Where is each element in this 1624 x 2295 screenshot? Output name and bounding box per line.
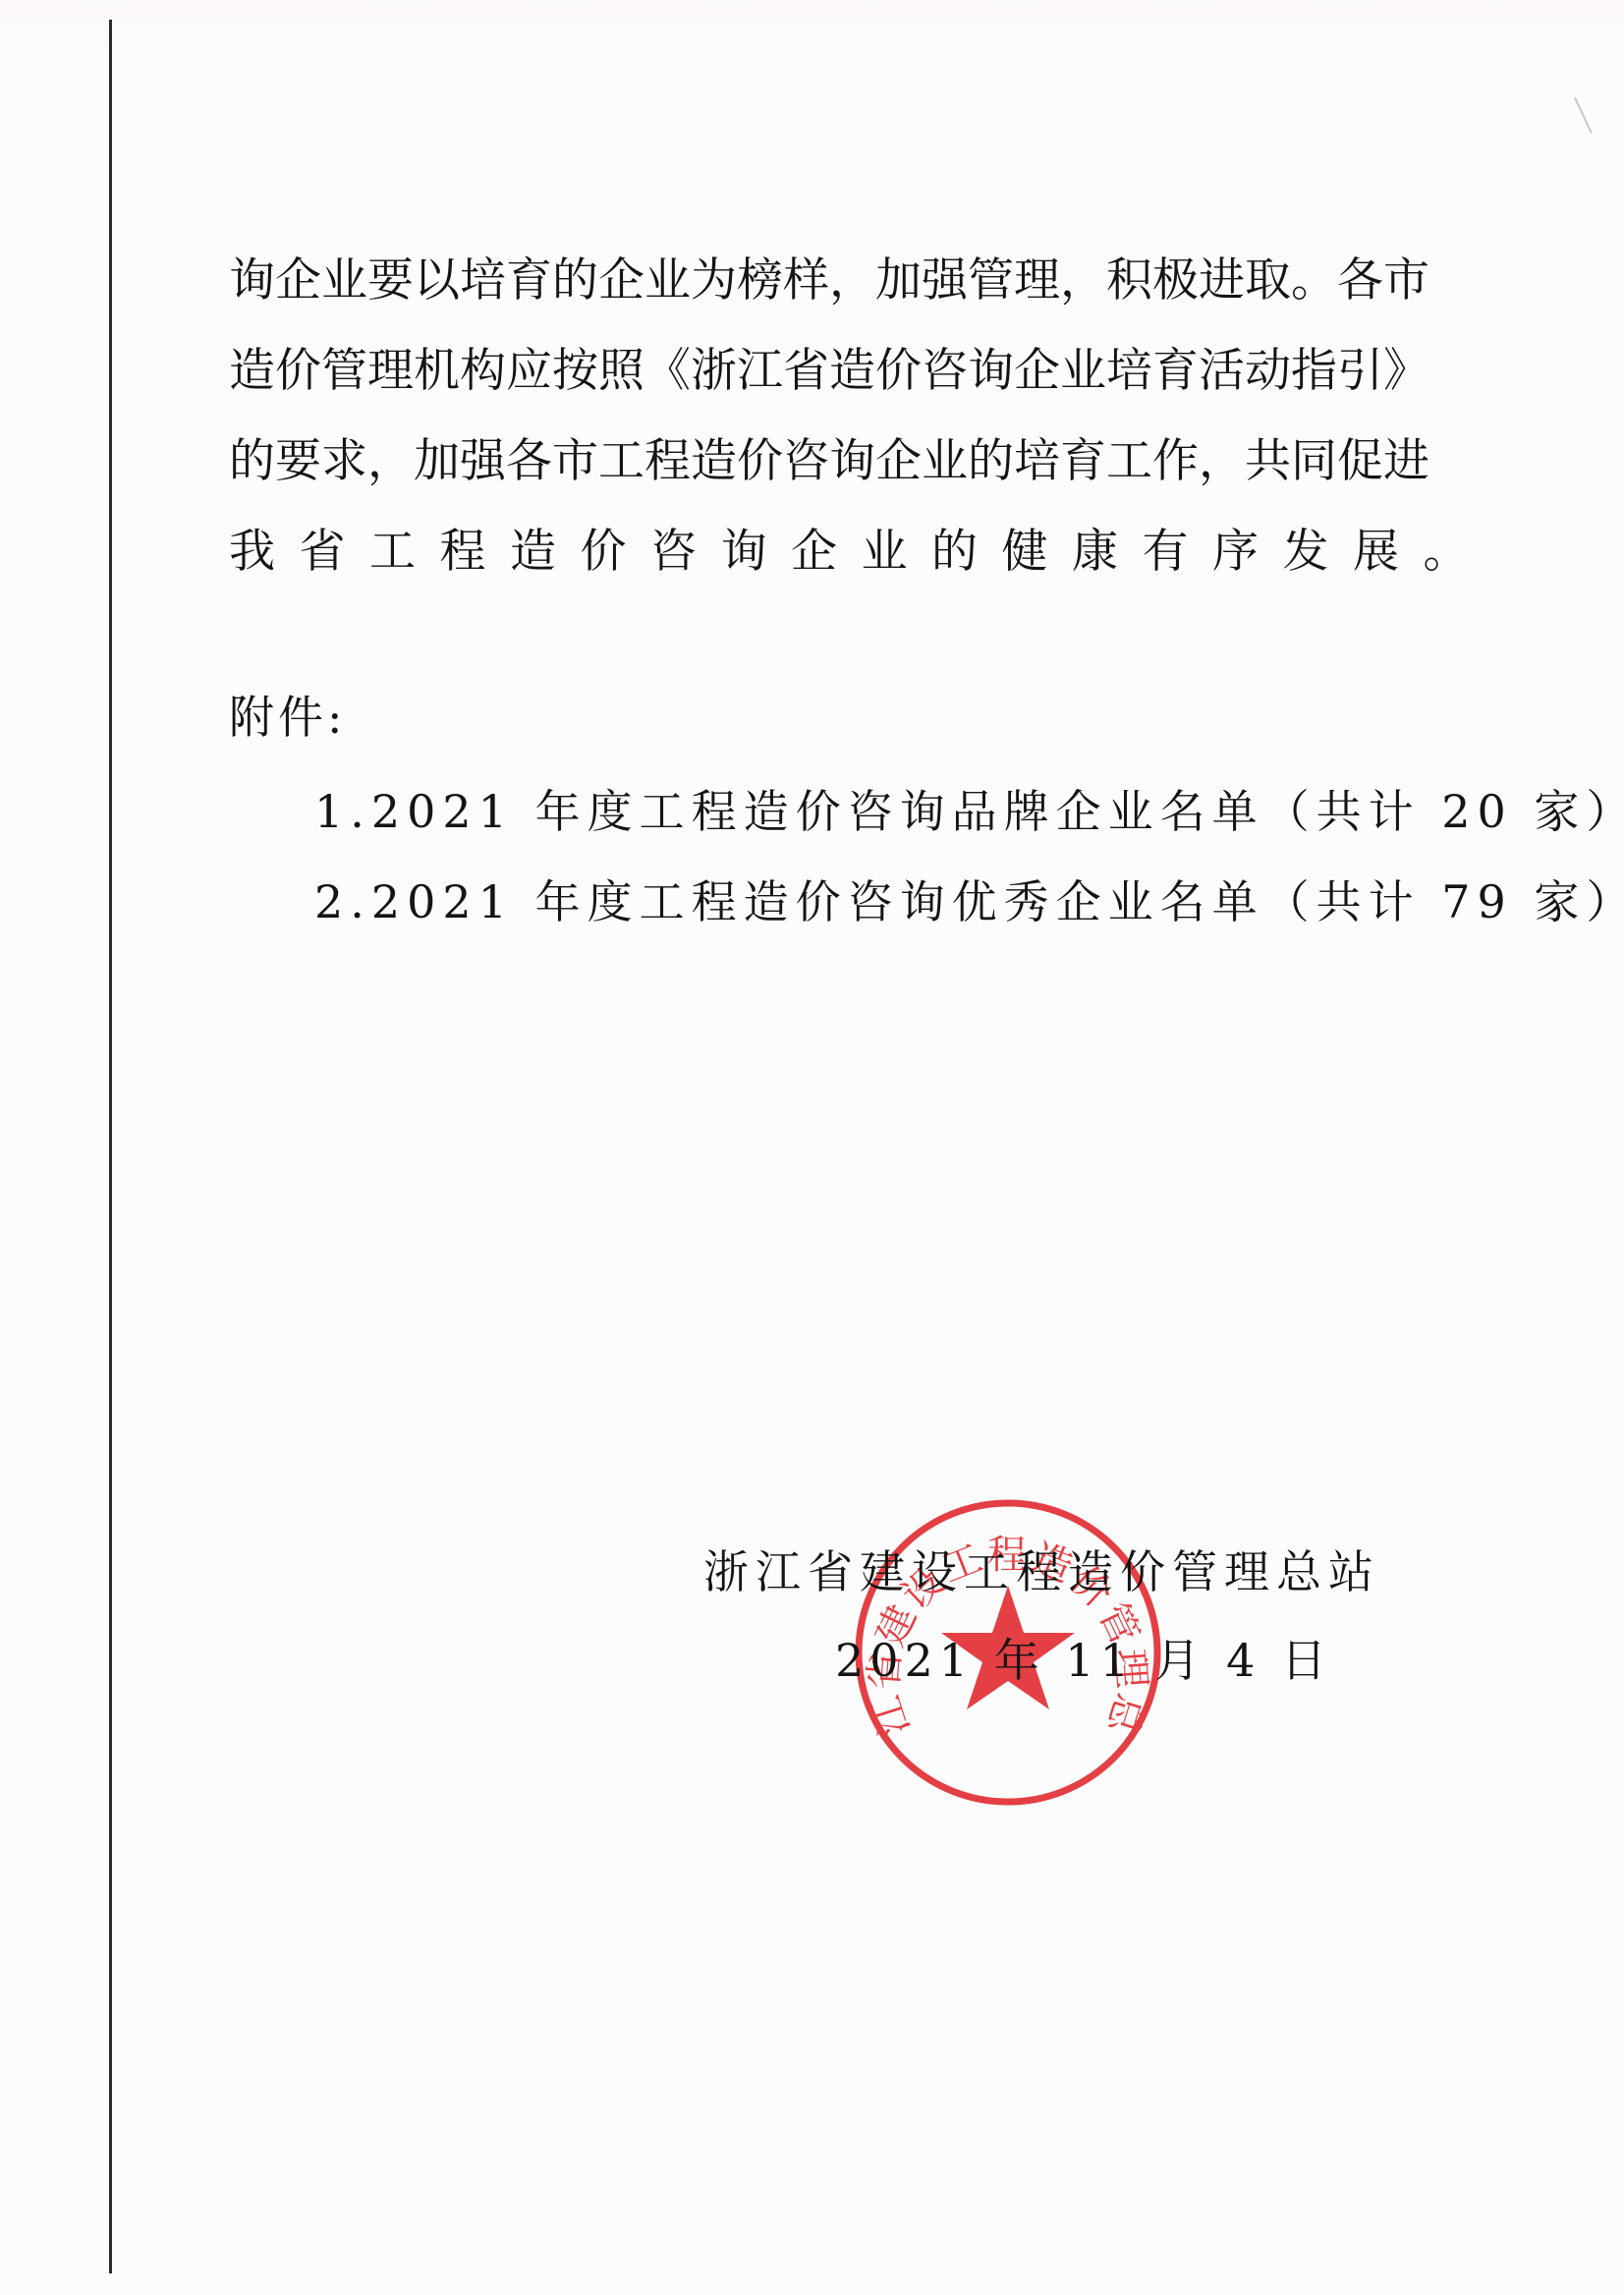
attachments-label: 附件: <box>229 678 347 756</box>
issuing-organization: 浙江省建设工程造价管理总站 <box>703 1533 1380 1611</box>
body-line: 的要求，加强各市工程造价咨询企业的培育工作，共同促进 <box>229 417 1371 507</box>
body-paragraph: 询企业要以培育的企业为榜样，加强管理，积极进取。各市 造价管理机构应按照《浙江省… <box>229 236 1371 597</box>
document-page: 询企业要以培育的企业为榜样，加强管理，积极进取。各市 造价管理机构应按照《浙江省… <box>0 0 1624 2295</box>
body-line: 我省工程造价咨询企业的健康有序发展。 <box>229 507 1371 597</box>
attachments-list: 1.2021 年度工程造价咨询品牌企业名单（共计 20 家） 2.2021 年度… <box>314 766 1624 947</box>
binding-margin-line <box>109 20 112 2273</box>
body-line: 造价管理机构应按照《浙江省造价咨询企业培育活动指引》 <box>229 326 1371 417</box>
scan-artifact <box>1563 97 1593 139</box>
body-line: 询企业要以培育的企业为榜样，加强管理，积极进取。各市 <box>229 236 1371 326</box>
attachment-item: 1.2021 年度工程造价咨询品牌企业名单（共计 20 家） <box>314 766 1624 857</box>
attachment-item: 2.2021 年度工程造价咨询优秀企业名单（共计 79 家） <box>314 857 1624 947</box>
issue-date: 2021 年 11 月 4 日 <box>835 1621 1332 1700</box>
